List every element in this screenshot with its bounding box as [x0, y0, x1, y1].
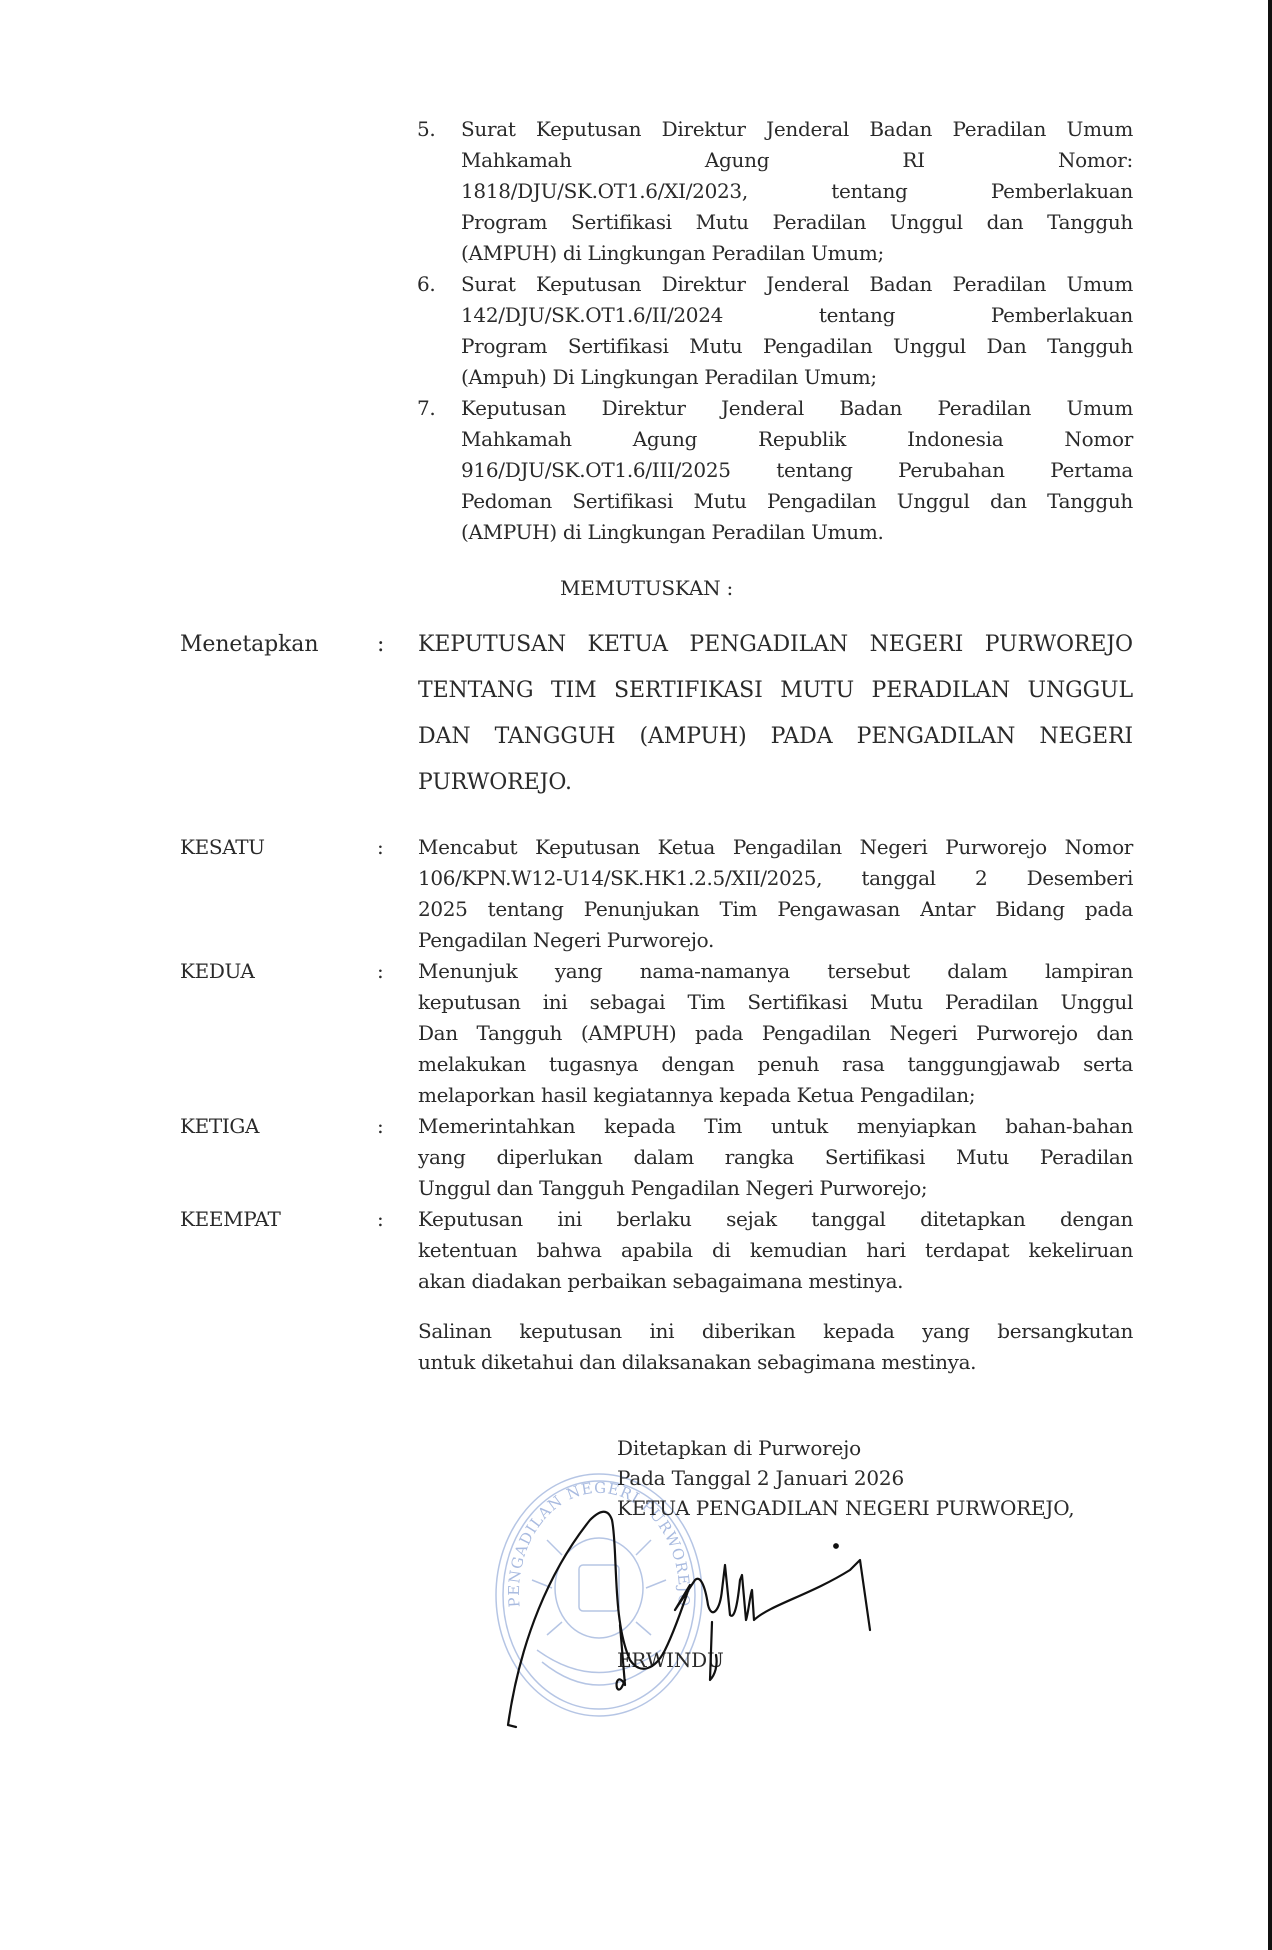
decision-colon: :: [377, 1204, 418, 1297]
item-number: 6.: [417, 269, 461, 393]
decision-label: KETIGA: [180, 1111, 377, 1204]
item-number: 7.: [417, 393, 461, 548]
decision-colon: :: [377, 956, 418, 1111]
decision-colon: :: [377, 1111, 418, 1204]
decision-kesatu: KESATU : Mencabut Keputusan Ketua Pengad…: [180, 832, 1133, 956]
consideration-item: 6. Surat Keputusan Direktur Jenderal Bad…: [417, 269, 1133, 393]
item-text: Surat Keputusan Direktur Jenderal Badan …: [461, 114, 1133, 269]
memutuskan-heading: MEMUTUSKAN :: [0, 576, 1272, 600]
consideration-item: 5. Surat Keputusan Direktur Jenderal Bad…: [417, 114, 1133, 269]
decision-text: Mencabut Keputusan Ketua Pengadilan Nege…: [418, 832, 1133, 956]
decision-label: Menetapkan: [180, 622, 377, 806]
decision-ketiga: KETIGA : Memerintahkan kepada Tim untuk …: [180, 1111, 1133, 1204]
item-number: 5.: [417, 114, 461, 269]
decision-text: Memerintahkan kepada Tim untuk menyiapka…: [418, 1111, 1133, 1204]
decision-menetapkan: Menetapkan : KEPUTUSAN KETUA PENGADILAN …: [180, 622, 1133, 806]
decision-keempat: KEEMPAT : Keputusan ini berlaku sejak ta…: [180, 1204, 1133, 1297]
decision-colon: :: [377, 622, 418, 806]
decision-label: KEEMPAT: [180, 1204, 377, 1297]
consideration-item: 7. Keputusan Direktur Jenderal Badan Per…: [417, 393, 1133, 548]
decision-label: KEDUA: [180, 956, 377, 1111]
decision-colon: :: [377, 832, 418, 956]
item-text: Surat Keputusan Direktur Jenderal Badan …: [461, 269, 1133, 393]
decision-text: Menunjuk yang nama-namanya tersebut dala…: [418, 956, 1133, 1111]
decision-label: KESATU: [180, 832, 377, 956]
decision-kedua: KEDUA : Menunjuk yang nama-namanya terse…: [180, 956, 1133, 1111]
considerations-list: 5. Surat Keputusan Direktur Jenderal Bad…: [417, 114, 1133, 548]
decision-text: KEPUTUSAN KETUA PENGADILAN NEGERI PURWOR…: [418, 622, 1133, 806]
handwritten-signature-icon: [480, 1480, 1000, 1750]
decision-text: Keputusan ini berlaku sejak tanggal dite…: [418, 1204, 1133, 1297]
salinan-paragraph: Salinan keputusan ini diberikan kepada y…: [418, 1316, 1133, 1378]
signing-place: Ditetapkan di Purworejo: [617, 1433, 1074, 1463]
item-text: Keputusan Direktur Jenderal Badan Peradi…: [461, 393, 1133, 548]
scan-edge: [1268, 0, 1272, 1950]
